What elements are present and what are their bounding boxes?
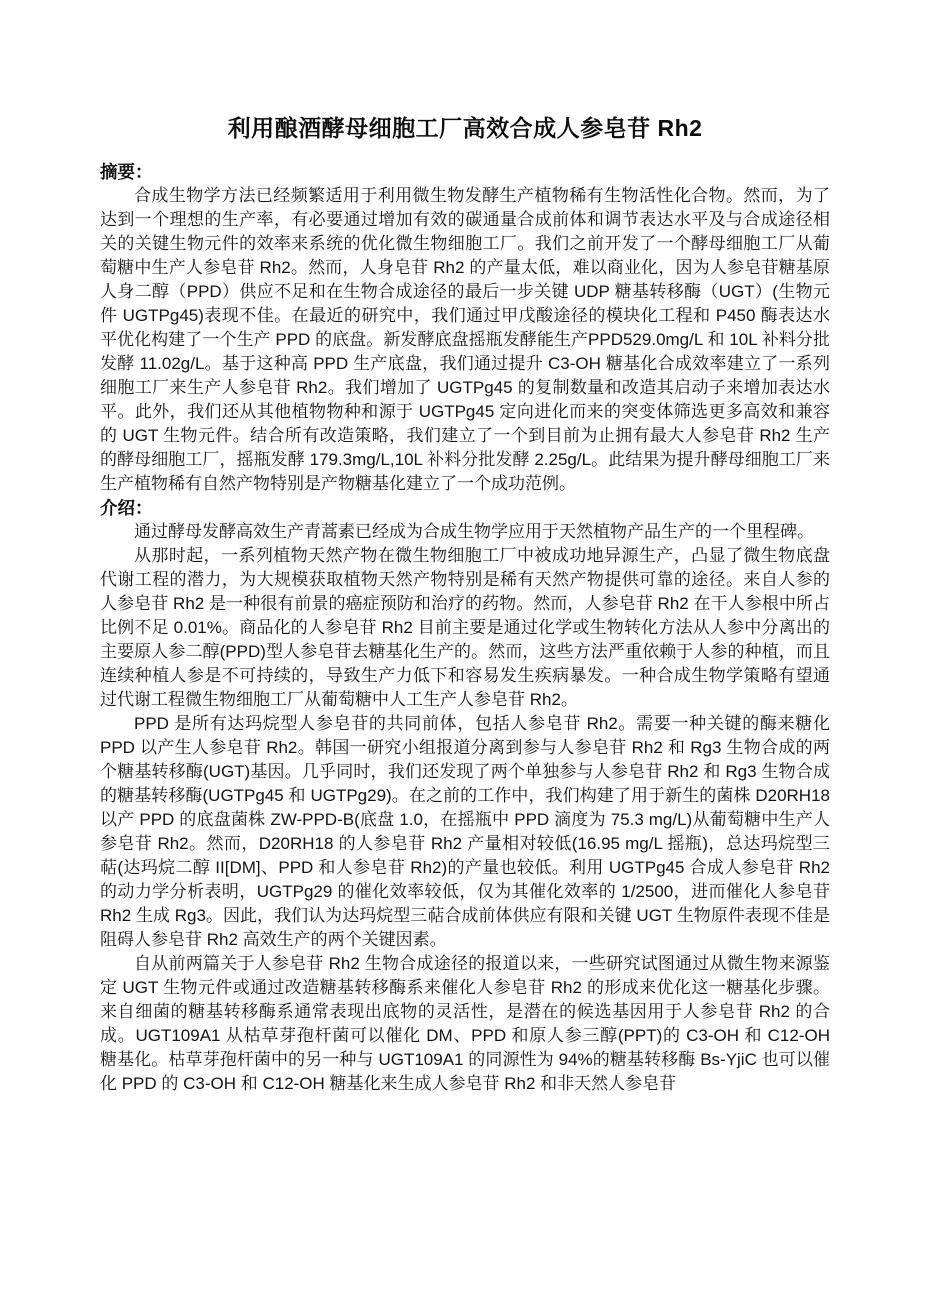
introduction-paragraph-1: 通过酵母发酵高效生产青蒿素已经成为合成生物学应用于天然植物产品生产的一个里程碑。	[100, 520, 830, 544]
introduction-paragraph-3: PPD 是所有达玛烷型人参皂苷的共同前体，包括人参皂苷 Rh2。需要一种关键的酶…	[100, 712, 830, 952]
abstract-heading: 摘要：	[100, 160, 830, 184]
abstract-paragraph: 合成生物学方法已经频繁适用于利用微生物发酵生产植物稀有生物活性化合物。然而，为了…	[100, 184, 830, 496]
introduction-paragraph-2: 从那时起，一系列植物天然产物在微生物细胞工厂中被成功地异源生产，凸显了微生物底盘…	[100, 544, 830, 712]
introduction-paragraph-4: 自从前两篇关于人参皂苷 Rh2 生物合成途径的报道以来，一些研究试图通过从微生物…	[100, 952, 830, 1096]
introduction-heading: 介绍：	[100, 496, 830, 520]
page-title: 利用酿酒酵母细胞工厂高效合成人参皂苷 Rh2	[100, 112, 830, 144]
section-introduction: 介绍： 通过酵母发酵高效生产青蒿素已经成为合成生物学应用于天然植物产品生产的一个…	[100, 496, 830, 1096]
document-page: 利用酿酒酵母细胞工厂高效合成人参皂苷 Rh2 摘要： 合成生物学方法已经频繁适用…	[0, 0, 926, 1309]
section-abstract: 摘要： 合成生物学方法已经频繁适用于利用微生物发酵生产植物稀有生物活性化合物。然…	[100, 160, 830, 496]
